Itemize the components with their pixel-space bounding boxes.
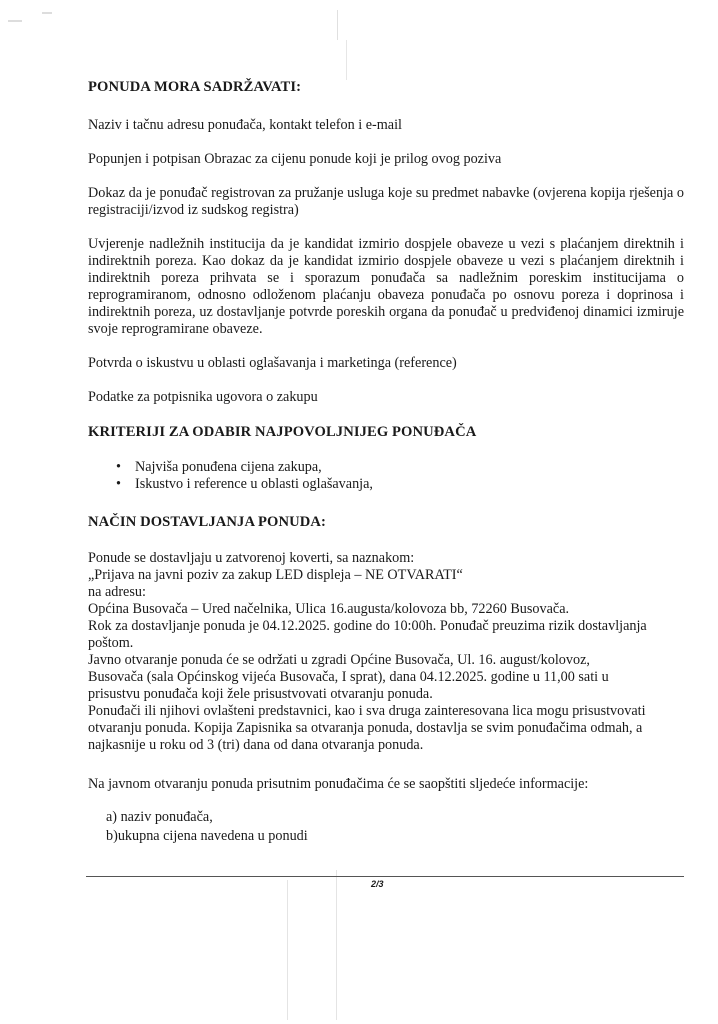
scan-artifact	[337, 10, 338, 40]
info-item: b)ukupna cijena navedena u ponudi	[106, 828, 308, 845]
section-heading-criteria: KRITERIJI ZA ODABIR NAJPOVOLJNIJEG PONUĐ…	[88, 424, 684, 441]
scan-artifact	[336, 870, 337, 1020]
requirement-item: Uvjerenje nadležnih institucija da je ka…	[88, 236, 684, 338]
section-heading-delivery: NAČIN DOSTAVLJANJA PONUDA:	[88, 514, 684, 531]
delivery-line: poštom.	[88, 635, 684, 652]
delivery-deadline: Rok za dostavljanje ponuda je 04.12.2025…	[88, 618, 684, 635]
document-page: PONUDA MORA SADRŽAVATI: Naziv i tačnu ad…	[0, 0, 718, 1024]
opening-info: otvaranju ponuda. Kopija Zapisnika sa ot…	[88, 720, 684, 737]
scan-artifact	[42, 12, 52, 14]
opening-info: Busovača (sala Općinskog vijeća Busovača…	[88, 669, 684, 686]
delivery-line: Ponude se dostavljaju u zatvorenoj kover…	[88, 550, 684, 567]
bullet-icon: •	[116, 459, 121, 476]
requirement-item: Popunjen i potpisan Obrazac za cijenu po…	[88, 151, 684, 168]
delivery-address: Općina Busovača – Ured načelnika, Ulica …	[88, 601, 684, 618]
bullet-icon: •	[116, 476, 121, 493]
page-number: 2/3	[371, 879, 384, 889]
opening-info: prisustvu ponuđača koji žele prisustvova…	[88, 686, 684, 703]
criteria-text: Najviša ponuđena cijena zakupa,	[135, 459, 322, 476]
info-item: a) naziv ponuđača,	[106, 809, 213, 826]
info-intro: Na javnom otvaranju ponuda prisutnim pon…	[88, 776, 684, 793]
delivery-line: na adresu:	[88, 584, 684, 601]
delivery-line: „Prijava na javni poziv za zakup LED dis…	[88, 567, 684, 584]
requirement-item: Podatke za potpisnika ugovora o zakupu	[88, 389, 684, 406]
delivery-paragraph: Ponude se dostavljaju u zatvorenoj kover…	[88, 550, 684, 754]
section-heading-offer-contents: PONUDA MORA SADRŽAVATI:	[88, 79, 684, 96]
requirement-item: Dokaz da je ponuđač registrovan za pruža…	[88, 185, 684, 219]
opening-info: najkasnije u roku od 3 (tri) dana od dan…	[88, 737, 684, 754]
requirement-item: Naziv i tačnu adresu ponuđača, kontakt t…	[88, 117, 684, 134]
requirement-item: Potvrda o iskustvu u oblasti oglašavanja…	[88, 355, 684, 372]
opening-info: Javno otvaranje ponuda će se održati u z…	[88, 652, 684, 669]
opening-info: Ponuđači ili njihovi ovlašteni predstavn…	[88, 703, 684, 720]
scan-artifact	[8, 20, 22, 22]
footer-rule	[86, 876, 684, 877]
scan-artifact	[287, 880, 288, 1020]
criteria-text: Iskustvo i reference u oblasti oglašavan…	[135, 476, 373, 493]
scan-artifact	[346, 40, 347, 80]
